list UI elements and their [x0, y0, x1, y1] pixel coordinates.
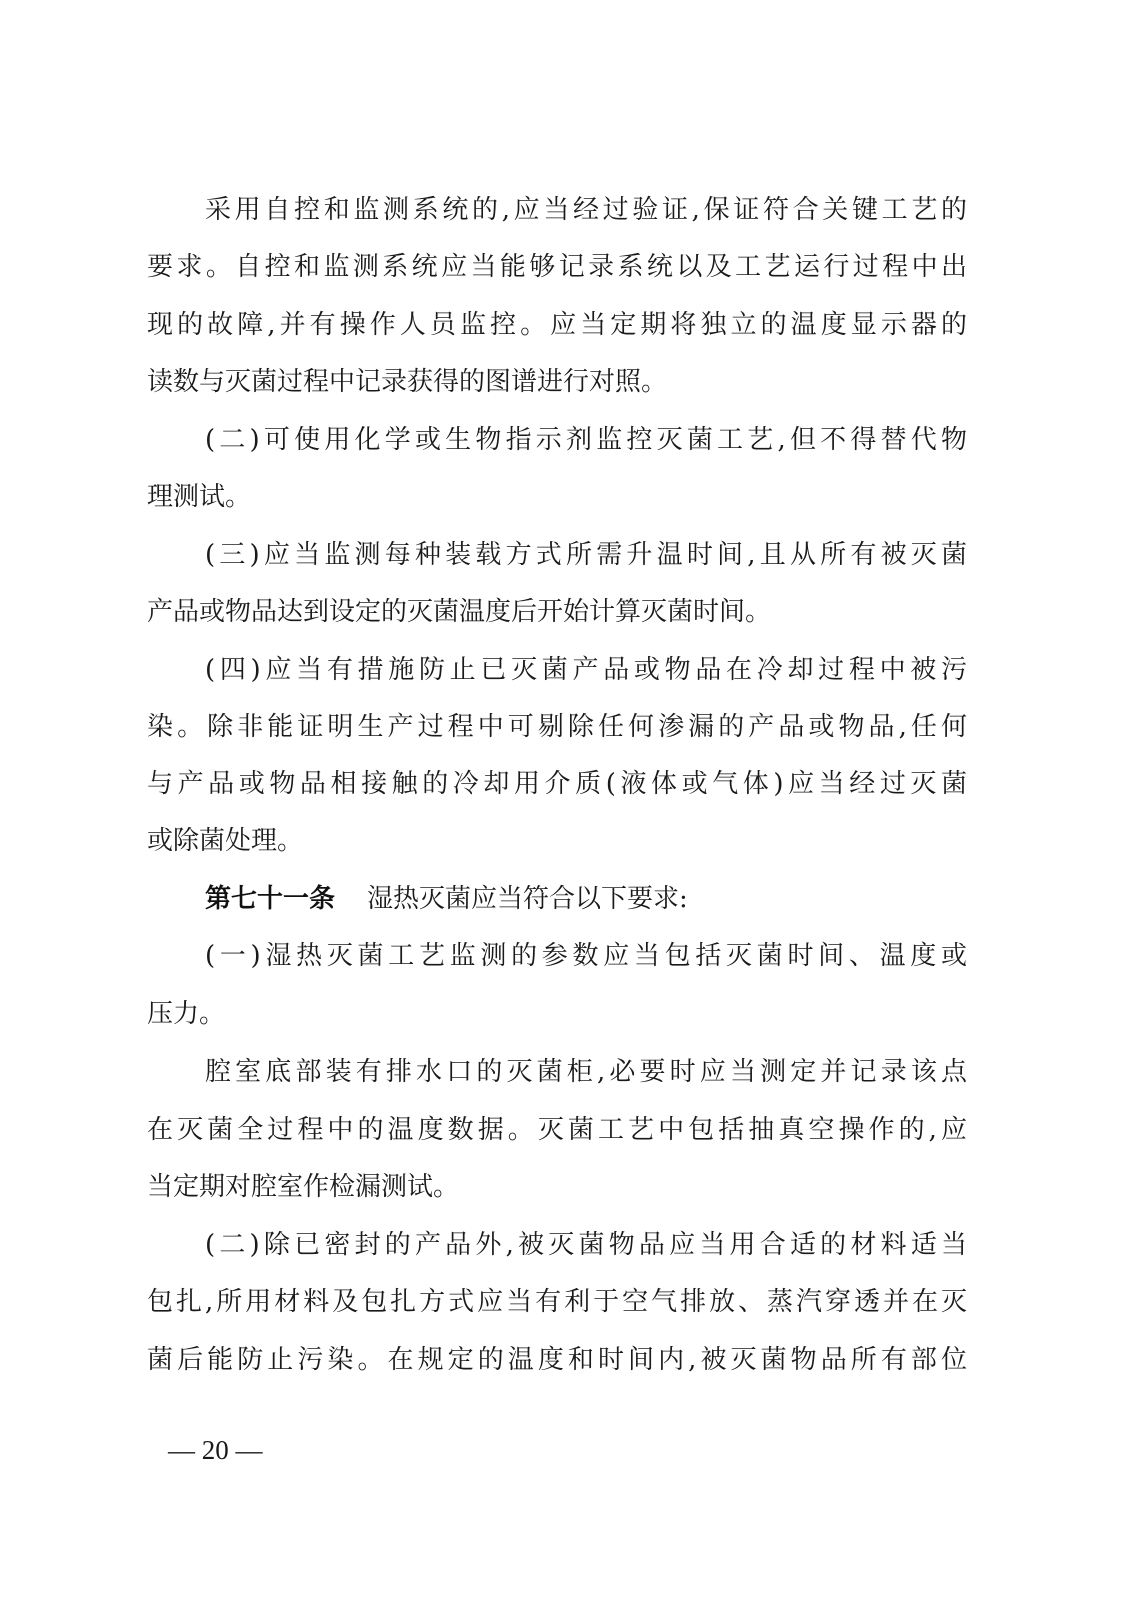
paragraph-line: 压力。 — [147, 994, 967, 1034]
paragraph-line: 要求。自控和监测系统应当能够记录系统以及工艺运行过程中出 — [147, 247, 967, 287]
page-number: — 20 — — [168, 1430, 263, 1470]
paragraph-line: 与产品或物品相接触的冷却用介质(液体或气体)应当经过灭菌 — [147, 764, 967, 804]
article-heading-line: 第七十一条湿热灭菌应当符合以下要求: — [205, 879, 967, 919]
paragraph-line: 采用自控和监测系统的,应当经过验证,保证符合关键工艺的 — [205, 190, 967, 230]
paragraph-line: (四)应当有措施防止已灭菌产品或物品在冷却过程中被污 — [205, 650, 967, 690]
paragraph-line: 读数与灭菌过程中记录获得的图谱进行对照。 — [147, 362, 967, 402]
paragraph-line: 产品或物品达到设定的灭菌温度后开始计算灭菌时间。 — [147, 592, 967, 632]
paragraph-line: 或除菌处理。 — [147, 821, 967, 861]
paragraph-line: 理测试。 — [147, 477, 967, 517]
paragraph-line: (二)可使用化学或生物指示剂监控灭菌工艺,但不得替代物 — [205, 420, 967, 460]
paragraph-line: (一)湿热灭菌工艺监测的参数应当包括灭菌时间、温度或 — [205, 936, 967, 976]
article-title: 湿热灭菌应当符合以下要求: — [367, 884, 688, 914]
paragraph-line: 现的故障,并有操作人员监控。应当定期将独立的温度显示器的 — [147, 305, 967, 345]
article-number: 第七十一条 — [205, 884, 335, 914]
paragraph-line: (三)应当监测每种装载方式所需升温时间,且从所有被灭菌 — [205, 535, 967, 575]
paragraph-line: 腔室底部装有排水口的灭菌柜,必要时应当测定并记录该点 — [205, 1052, 967, 1092]
paragraph-line: 在灭菌全过程中的温度数据。灭菌工艺中包括抽真空操作的,应 — [147, 1110, 967, 1150]
paragraph-line: 包扎,所用材料及包扎方式应当有利于空气排放、蒸汽穿透并在灭 — [147, 1282, 967, 1322]
paragraph-line: 染。除非能证明生产过程中可剔除任何渗漏的产品或物品,任何 — [147, 707, 967, 747]
paragraph-line: 当定期对腔室作检漏测试。 — [147, 1167, 967, 1207]
document-page: 采用自控和监测系统的,应当经过验证,保证符合关键工艺的 要求。自控和监测系统应当… — [0, 0, 1131, 1600]
paragraph-line: 菌后能防止污染。在规定的温度和时间内,被灭菌物品所有部位 — [147, 1340, 967, 1380]
paragraph-line: (二)除已密封的产品外,被灭菌物品应当用合适的材料适当 — [205, 1225, 967, 1265]
